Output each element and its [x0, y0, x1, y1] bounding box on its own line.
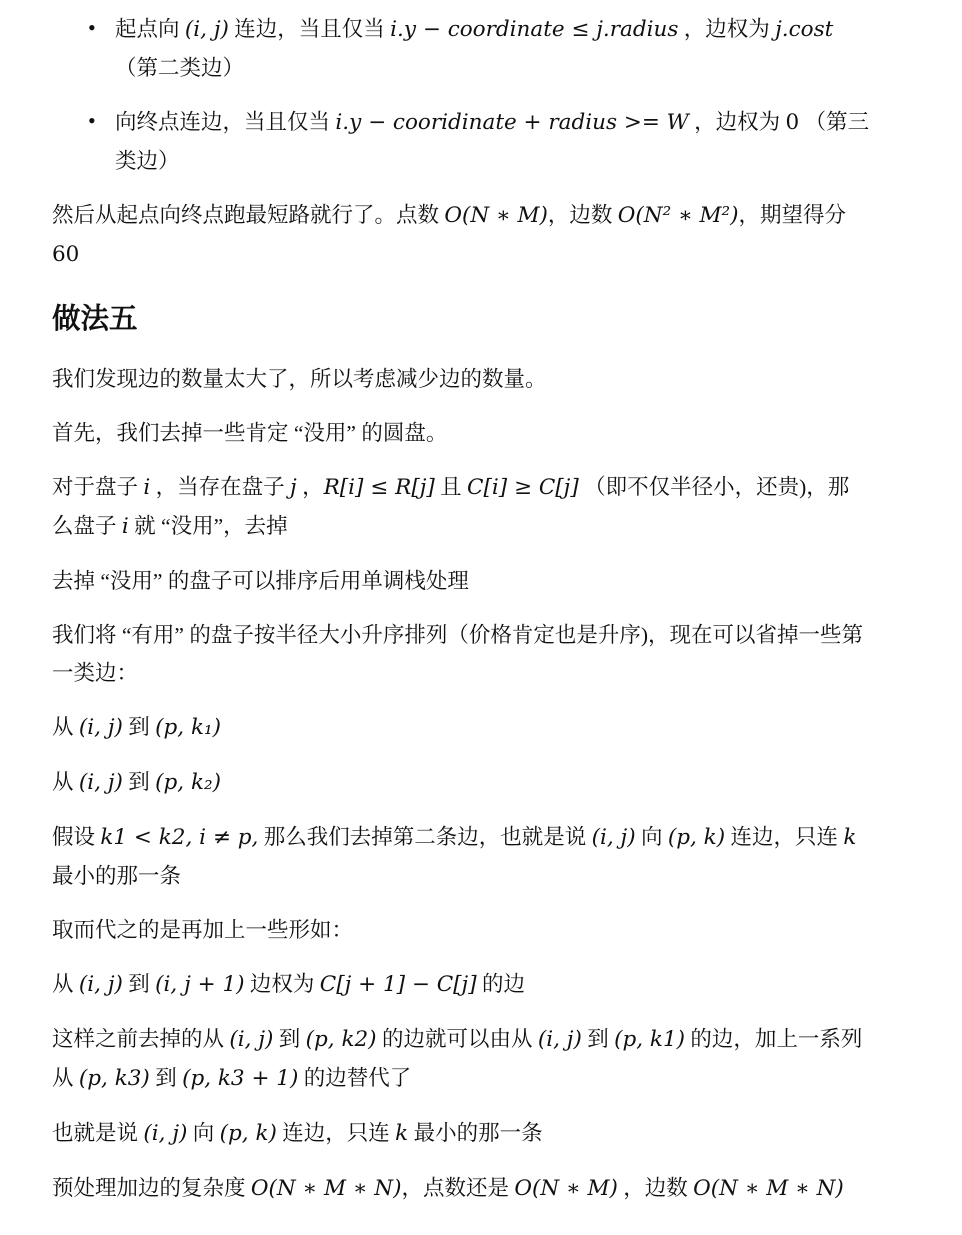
section-heading: 做法五: [52, 302, 870, 338]
text-run: 这样之前去掉的从: [52, 1027, 229, 1051]
math-run: C[j + 1] − C[j]: [320, 972, 477, 997]
math-run: (i, j): [229, 1027, 273, 1052]
text-run: 做法五: [52, 304, 138, 335]
text-run: 边权为: [245, 972, 320, 996]
math-run: i.y − cooridinate + radius >= W: [335, 110, 688, 135]
text-run: ，点数还是: [402, 1176, 515, 1200]
math-run: (p, k3 + 1): [182, 1066, 298, 1091]
paragraph: 对于盘子 i ，当存在盘子 j ，R[i] ≤ R[j] 且 C[i] ≥ C[…: [52, 468, 870, 546]
math-run: O(N ∗ M ∗ N): [251, 1176, 402, 1201]
text-run: 我们发现边的数量太大了，所以考虑减少边的数量。: [52, 367, 547, 391]
math-run: 0: [786, 110, 800, 135]
paragraph: 去掉 “没用” 的盘子可以排序后用单调栈处理: [52, 562, 870, 600]
text-run: 连边，当且仅当: [229, 17, 390, 41]
bullet-item: •起点向 (i, j) 连边，当且仅当 i.y − coordinate ≤ j…: [52, 10, 870, 87]
text-run: ，当存在盘子: [150, 475, 290, 499]
math-run: j: [290, 475, 297, 500]
text-run: 那么我们去掉第二条边，也就是说: [258, 825, 591, 849]
text-run: 连边，只连: [725, 825, 843, 849]
paragraph: 假设 k1 < k2, i ≠ p, 那么我们去掉第二条边，也就是说 (i, j…: [52, 818, 870, 895]
paragraph: 首先，我们去掉一些肯定 “没用” 的圆盘。: [52, 414, 870, 452]
text-run: （第二类边）: [115, 56, 244, 80]
text-run: 到: [273, 1027, 305, 1051]
text-run: 到: [123, 715, 155, 739]
text-run: 到: [123, 770, 155, 794]
paragraph: 从 (i, j) 到 (p, k₂): [52, 763, 870, 802]
math-run: (i, j): [79, 972, 123, 997]
paragraph: 我们发现边的数量太大了，所以考虑减少边的数量。: [52, 360, 870, 398]
text-run: 也就是说: [52, 1121, 143, 1145]
text-run: 首先，我们去掉一些肯定 “没用” 的圆盘。: [52, 421, 447, 445]
text-run: ，期望得分: [739, 203, 847, 227]
math-run: (p, k1): [614, 1027, 685, 1052]
text-run: 向终点连边，当且仅当: [115, 110, 335, 134]
text-run: ，边数: [618, 1176, 693, 1200]
text-run: 我们将 “有用” 的盘子按半径大小升序排列（价格肯定也是升序)，现在可以省掉一些…: [52, 623, 863, 685]
math-run: O(N ∗ M): [514, 1176, 618, 1201]
math-run: (i, j + 1): [155, 972, 244, 997]
math-run: (i, j): [79, 715, 123, 740]
text-run: 最小的那一条: [52, 864, 181, 888]
text-run: 就 “没用”，去掉: [129, 514, 288, 538]
text-run: 的边就可以由从: [377, 1027, 538, 1051]
text-run: 且: [435, 475, 467, 499]
text-run: 向: [636, 825, 668, 849]
text-run: 向: [187, 1121, 219, 1145]
paragraph: 从 (i, j) 到 (p, k₁): [52, 708, 870, 747]
text-run: 假设: [52, 825, 100, 849]
text-run: 从: [52, 972, 79, 996]
text-run: 从: [52, 770, 79, 794]
math-run: (i, j): [538, 1027, 582, 1052]
text-run: 到: [123, 972, 155, 996]
paragraph: 从 (i, j) 到 (i, j + 1) 边权为 C[j + 1] − C[j…: [52, 965, 870, 1004]
text-run: ，边数: [548, 203, 618, 227]
text-run: 取而代之的是再加上一些形如：: [52, 918, 353, 942]
text-run: 的边替代了: [298, 1066, 411, 1090]
math-run: O(N ∗ M ∗ N): [693, 1176, 844, 1201]
paragraph: 也就是说 (i, j) 向 (p, k) 连边，只连 k 最小的那一条: [52, 1114, 870, 1153]
text-run: 预处理加边的复杂度: [52, 1176, 251, 1200]
math-run: (p, k₁): [155, 715, 221, 740]
math-run: (i, j): [592, 825, 636, 850]
math-run: j.cost: [775, 17, 833, 42]
text-run: 从: [52, 715, 79, 739]
paragraph: 我们将 “有用” 的盘子按半径大小升序排列（价格肯定也是升序)，现在可以省掉一些…: [52, 616, 870, 692]
math-run: (p, k₂): [155, 770, 221, 795]
math-run: k: [395, 1121, 408, 1146]
text-run: 到: [150, 1066, 182, 1090]
text-run: ，边权为: [678, 17, 775, 41]
math-run: (p, k): [668, 825, 725, 850]
math-run: C[i] ≥ C[j]: [467, 475, 579, 500]
math-run: R[i] ≤ R[j]: [324, 475, 435, 500]
paragraph: 预处理加边的复杂度 O(N ∗ M ∗ N)，点数还是 O(N ∗ M) ，边数…: [52, 1169, 870, 1208]
math-run: k1 < k2, i ≠ p,: [100, 825, 258, 850]
text-run: 的边: [477, 972, 525, 996]
text-run: 去掉 “没用” 的盘子可以排序后用单调栈处理: [52, 569, 469, 593]
text-run: ，: [297, 475, 324, 499]
math-run: (p, k): [220, 1121, 277, 1146]
text-run: 对于盘子: [52, 475, 143, 499]
math-run: i: [122, 514, 129, 539]
text-run: 然后从起点向终点跑最短路就行了。点数: [52, 203, 444, 227]
text-run: 到: [582, 1027, 614, 1051]
math-run: (i, j): [185, 17, 229, 42]
math-run: (p, k3): [79, 1066, 150, 1091]
math-run: (p, k2): [306, 1027, 377, 1052]
paragraph: 然后从起点向终点跑最短路就行了。点数 O(N ∗ M)，边数 O(N² ∗ M²…: [52, 196, 870, 274]
bullet-icon: •: [88, 9, 96, 47]
text-run: 最小的那一条: [408, 1121, 542, 1145]
math-run: 60: [52, 242, 79, 267]
paragraph: 这样之前去掉的从 (i, j) 到 (p, k2) 的边就可以由从 (i, j)…: [52, 1020, 870, 1098]
math-run: O(N² ∗ M²): [618, 203, 739, 228]
math-run: k: [843, 825, 856, 850]
math-run: (i, j): [143, 1121, 187, 1146]
paragraph: 取而代之的是再加上一些形如：: [52, 911, 870, 949]
bullet-item: •向终点连边，当且仅当 i.y − cooridinate + radius >…: [52, 103, 870, 180]
bullet-icon: •: [88, 102, 96, 140]
text-run: 连边，只连: [277, 1121, 395, 1145]
math-run: i.y − coordinate ≤ j.radius: [390, 17, 678, 42]
math-run: (i, j): [79, 770, 123, 795]
text-run: 起点向: [115, 17, 185, 41]
math-run: O(N ∗ M): [444, 203, 548, 228]
text-run: ，边权为: [689, 110, 786, 134]
document-body: •起点向 (i, j) 连边，当且仅当 i.y − coordinate ≤ j…: [0, 0, 962, 1208]
